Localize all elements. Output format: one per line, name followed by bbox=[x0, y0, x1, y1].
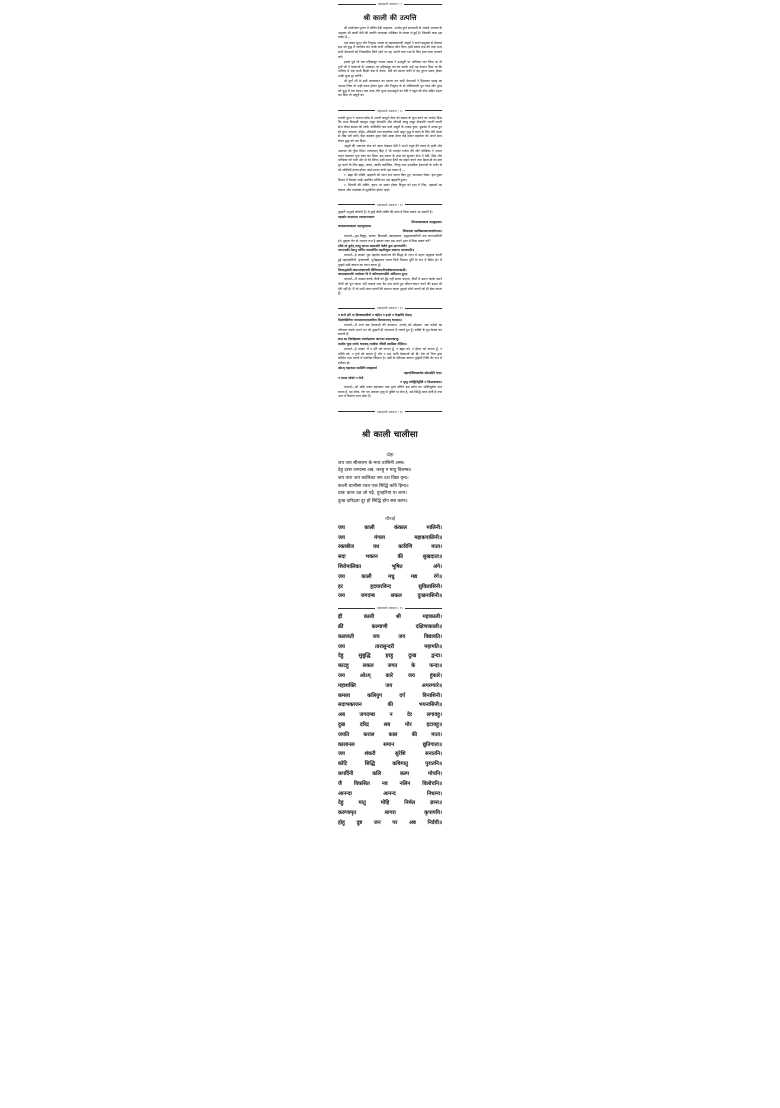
chaupai-word: भयनासिनी॥ bbox=[419, 701, 442, 711]
paragraph: भावार्थ—हे अम्बा! तुम महादेव कालानल की स… bbox=[338, 253, 442, 267]
chaupai-word: अब bbox=[338, 711, 345, 721]
chaupai-word: सुखदाता॥ bbox=[423, 553, 442, 563]
chaupai-line: जयकालीकंकालमालिनी। bbox=[338, 524, 442, 534]
page-header-label: महाकाली उपासना / १३ bbox=[377, 306, 403, 310]
chaupai-word: न bbox=[390, 711, 393, 721]
chaupai-word: जय bbox=[385, 682, 392, 692]
chaupai-word: मोहि bbox=[381, 799, 390, 809]
rule bbox=[404, 4, 442, 5]
chaupai-word: कारे bbox=[386, 672, 393, 682]
page-header-label: महाकाली उपासना / १० bbox=[377, 109, 403, 113]
chaupai-word: आनन्द bbox=[383, 790, 396, 800]
doha-line: प्रातः काल उठ जो पढ़ै, दुपहरिया या शाम। bbox=[338, 490, 442, 498]
chaupai-word: द्युतिगाता॥ bbox=[423, 741, 442, 751]
chaupai-word: दर्प bbox=[399, 692, 405, 702]
rule bbox=[338, 204, 375, 205]
paragraph: भावार्थ—जो कोई भक्त महाकाल तत्व द्वारा व… bbox=[338, 385, 442, 399]
page-header: महाकाली उपासना / १० bbox=[338, 108, 442, 114]
document-page: महाकाली उपासना / ९ श्री काली की उत्पत्ति… bbox=[338, 0, 442, 829]
chaupai-word: तारासुन्दरी bbox=[375, 643, 394, 653]
rule bbox=[338, 4, 376, 5]
chaupai-word: काटहु bbox=[338, 662, 349, 672]
chaupai-word: जन bbox=[374, 819, 381, 829]
page-header: महाकाली उपासना / १३ bbox=[338, 305, 442, 311]
chaupai-word: सदाभक्तजन bbox=[338, 701, 362, 711]
chaupai-word: काल bbox=[389, 731, 398, 741]
page-header: महाकाली उपासना / १४ bbox=[338, 409, 442, 415]
chaupai-word: पुरातनि॥ bbox=[425, 760, 442, 770]
chaupai-line: क्रींकल्याणीदक्षिणाकाली॥ bbox=[338, 623, 442, 633]
chaupai-word: रक्तबीज bbox=[338, 543, 354, 553]
chaupai-word: जय bbox=[373, 633, 380, 643]
paragraph: एक समय शुम्भ और निशुम्भ नामक दो महाबलशाल… bbox=[338, 41, 442, 60]
chaupai-word: कल्याणी bbox=[372, 623, 388, 633]
chaupai-line: सदाभक्तजनकीभयनासिनी॥ bbox=[338, 701, 442, 711]
chaupai-word: समान bbox=[383, 741, 394, 751]
chaupai-word: कृपामयि। bbox=[424, 809, 442, 819]
rule bbox=[338, 411, 375, 412]
chaupai-line: सदाभक्तनकीसुखदाता॥ bbox=[338, 553, 442, 563]
chaupai-word: निर्दयी॥ bbox=[428, 819, 442, 829]
chaupai-word: आनन्दा bbox=[338, 790, 352, 800]
chaupai-word: मंगला bbox=[374, 534, 385, 544]
chaupai-word: हटावहु॥ bbox=[426, 721, 441, 731]
chaupai-heading: चौपाई bbox=[338, 516, 442, 522]
chaupai-block: ह्रींकालीश्रीमहाकाली।क्रींकल्याणीदक्षिणा… bbox=[338, 613, 442, 829]
chaupai-word: देहु bbox=[338, 799, 344, 809]
chaupai-word: जय bbox=[408, 672, 415, 682]
page-header-label: महाकाली उपासना / १२ bbox=[377, 203, 403, 207]
chaupai-word: सुबुद्धि bbox=[359, 652, 371, 662]
page-header: महाकाली उपासना / १५ bbox=[338, 605, 442, 611]
chaupai-word: ज्ञाना॥ bbox=[430, 799, 442, 809]
chaupai-line: कपर्दिनीकलिकल्पमोचनि। bbox=[338, 770, 442, 780]
chaupai-word: जय bbox=[338, 524, 345, 534]
doha-block: जय जय सीताराम के मध्य वासिनी अम्ब। देहु … bbox=[338, 460, 442, 506]
chaupai-line: कमलाकलियुगदर्पविनाशिनी। bbox=[338, 692, 442, 702]
paragraph: १. ब्रह्मा की शक्ति, ब्रह्माणी को ध्यान … bbox=[338, 173, 442, 182]
chaupai-word: अंगे। bbox=[433, 563, 442, 573]
chaupai-word: महाकपालिनी॥ bbox=[414, 534, 442, 544]
chaupai-word: अब bbox=[409, 819, 416, 829]
chaupai-word: निधाना। bbox=[427, 790, 442, 800]
chaupai-word: की bbox=[388, 701, 393, 711]
chaupai-word: सुविलासिनी। bbox=[418, 583, 442, 593]
chaupai-line: कलावतीजयजयविद्यावति। bbox=[338, 633, 442, 643]
chaupai-word: जै bbox=[338, 780, 342, 790]
chaupai-word: सिद्धि bbox=[365, 760, 375, 770]
paragraph: इससे पूर्व भी जब महिषासुर नामक राक्षस ने… bbox=[338, 60, 442, 79]
chaupai-word: नव bbox=[382, 780, 388, 790]
chaupai-word: हृदयारविन्द bbox=[370, 583, 391, 593]
chaupai-word: कंकाल bbox=[394, 524, 407, 534]
chaupai-word: फन्दा॥ bbox=[429, 662, 442, 672]
chaupai-word: द्वन्दा। bbox=[431, 652, 442, 662]
rule bbox=[405, 204, 442, 205]
chaupai-line: जयशंकरीसुरेशिसनातनि। bbox=[338, 750, 442, 760]
chaupai-word: कविमातु bbox=[392, 760, 408, 770]
chaupai-word: वध bbox=[373, 543, 379, 553]
chaupai-word: कराल bbox=[363, 731, 374, 741]
chaupai-line: जयजगदम्बसकलदुःखनासिनी॥ bbox=[338, 592, 442, 602]
chaupai-line: जयकालीमधुमद्यरंगे॥ bbox=[338, 573, 442, 583]
chaupai-word: लगावहु। bbox=[427, 711, 442, 721]
chaupai-word: मधु bbox=[388, 573, 394, 583]
chaupai-line: होहुदुष्टजनपरअबनिर्दयी॥ bbox=[338, 819, 442, 829]
page-header-label: महाकाली उपासना / १४ bbox=[377, 410, 403, 414]
chaupai-word: जय bbox=[338, 643, 345, 653]
chaupai-word: जय bbox=[338, 592, 345, 602]
chaupai-word: की bbox=[398, 553, 403, 563]
chaupai-word: हुंकारे। bbox=[430, 672, 442, 682]
paragraph: भावार्थ—मैं अन्य सब देवताओं की उपासना, अ… bbox=[338, 323, 442, 337]
chaupai-line: कालानलसमानद्युतिगाता॥ bbox=[338, 741, 442, 751]
chaupai-word: नलिन bbox=[400, 780, 411, 790]
chaupai-word: सब bbox=[384, 721, 390, 731]
chaupai-word: महाशक्ति bbox=[338, 682, 356, 692]
chaupai-word: जय bbox=[338, 672, 345, 682]
chaupai-word: जगदम्ब bbox=[361, 592, 375, 602]
rule bbox=[405, 608, 442, 609]
chaupai-word: शंकरी bbox=[364, 750, 375, 760]
chaupai-word: कमला bbox=[338, 692, 350, 702]
doha-line: देहु दरस जगदम्ब अब, करहु न मातु विलम्ब॥ bbox=[338, 467, 442, 475]
chaupai-word: दुःख bbox=[408, 652, 416, 662]
chaupai-word: विकसित bbox=[354, 780, 370, 790]
chaupai-word: मातु bbox=[358, 799, 365, 809]
chaupai-line: कोटिसिद्धिकविमातुपुरातनि॥ bbox=[338, 760, 442, 770]
chaupai-word: हर bbox=[338, 583, 343, 593]
paragraph: भावार्थ—तुम विद्युत्, पावक, दिगम्बरी, स्… bbox=[338, 234, 442, 243]
page-header-label: महाकाली उपासना / ९ bbox=[378, 2, 402, 6]
rule bbox=[405, 411, 442, 412]
chaupai-word: कलावती bbox=[338, 633, 354, 643]
chaupai-word: विलोचनि॥ bbox=[422, 780, 442, 790]
chaupai-line: ह्रींकालीश्रीमहाकाली। bbox=[338, 613, 442, 623]
doha-line: काली चालीसा रचत एक सिद्धि कवि हिन्द॥ bbox=[338, 483, 442, 491]
page-header: महाकाली उपासना / ९ bbox=[338, 1, 442, 7]
chalisa-title: श्री काली चालीसा bbox=[338, 429, 442, 440]
chaupai-word: कोटि bbox=[338, 760, 347, 770]
chaupai-word: जगदम्बा bbox=[360, 711, 376, 721]
chaupai-line: जयमंगलामहाकपालिनी॥ bbox=[338, 534, 442, 544]
paragraph: २. शिवजी की शक्ति, वृषभ पर सवार होकर त्र… bbox=[338, 183, 442, 192]
rule bbox=[338, 608, 375, 609]
paragraph: श्री मार्कण्डेय पुराण में वर्णित देवी मा… bbox=[338, 26, 442, 40]
page-header-label: महाकाली उपासना / १५ bbox=[377, 606, 403, 610]
chaupai-line: जयतारासुन्दरीमहामति॥ bbox=[338, 643, 442, 653]
chaupai-word: के bbox=[411, 662, 415, 672]
chaupai-word: होहु bbox=[338, 819, 345, 829]
paragraph: भावार्थ—हे अम्बा! मैं न हरि को मानता हूँ… bbox=[338, 347, 442, 366]
chaupai-word: सकल bbox=[391, 592, 402, 602]
rule bbox=[338, 110, 375, 111]
chaupai-line: दुखदरिद्रसबमोरहटावहु॥ bbox=[338, 721, 442, 731]
chaupai-word: कपर्दिनी bbox=[338, 770, 353, 780]
doha-heading: दोहा bbox=[338, 452, 442, 458]
chaupai-word: करुणामृत bbox=[338, 809, 356, 819]
chaupai-word: मद्य bbox=[411, 573, 417, 583]
chaupai-word: अपरम्पारे॥ bbox=[422, 682, 442, 692]
rule bbox=[405, 110, 442, 111]
chaupai-line: देहुसुबुद्धिहरहुदुःखद्वन्दा। bbox=[338, 652, 442, 662]
chaupai-word: सनातनि। bbox=[425, 750, 442, 760]
chaupai-word: जयति bbox=[338, 731, 349, 741]
chaupai-word: कारिणि bbox=[398, 543, 412, 553]
chaupai-word: दुख bbox=[338, 721, 345, 731]
chaupai-word: कल्प bbox=[400, 770, 409, 780]
paragraph: श्री दुर्गा जी के इसी आश्वासन का स्मरण क… bbox=[338, 79, 442, 98]
chaupai-word: जगत bbox=[388, 662, 398, 672]
chaupai-line: रक्तबीजवधकारिणिमाता। bbox=[338, 543, 442, 553]
chaupai-word: देर bbox=[407, 711, 412, 721]
paragraph: असुरों की भयानक सेना को आता देखकर देवी न… bbox=[338, 144, 442, 172]
page-header: महाकाली उपासना / १२ bbox=[338, 202, 442, 208]
doha-line: जय जय सीताराम के मध्य वासिनी अम्ब। bbox=[338, 460, 442, 468]
chaupai-word: क्रीं bbox=[338, 623, 343, 633]
chaupai-word: महाकाली। bbox=[423, 613, 442, 623]
chaupai-word: हरहु bbox=[386, 652, 394, 662]
chaupai-word: मालिनी। bbox=[427, 524, 443, 534]
chaupai-word: काली bbox=[364, 524, 374, 534]
chaupai-word: रंगे॥ bbox=[434, 573, 442, 583]
chaupai-word: जय bbox=[338, 573, 345, 583]
chaupai-word: सागरा bbox=[385, 809, 396, 819]
chaupai-word: विनाशिनी। bbox=[422, 692, 442, 702]
chaupai-word: ह्रीं bbox=[338, 613, 342, 623]
chaupai-word: निर्मल bbox=[404, 799, 415, 809]
chaupai-word: काली bbox=[361, 573, 371, 583]
paragraph: प्रतापी शुम्भ ने अत्यन्त क्रोध से अपनी स… bbox=[338, 116, 442, 144]
chaupai-word: कलियुग bbox=[367, 692, 382, 702]
chaupai-line: काटहुसकलजगतकेफन्दा॥ bbox=[338, 662, 442, 672]
paragraph: तुम्हारी अनुसरे लोलाएँ हैं। वे तुम्हें ज… bbox=[338, 210, 442, 215]
chaupai-line: अबजगदम्बानदेरलगावहु। bbox=[338, 711, 442, 721]
chaupai-word: श्री bbox=[396, 613, 401, 623]
chaupai-word: देहु bbox=[338, 652, 344, 662]
chaupai-word: जय bbox=[398, 633, 405, 643]
paragraph: भावार्थ—मैं तपस्या करके तीर्थों को ढूँढ़… bbox=[338, 277, 442, 296]
rule bbox=[338, 308, 375, 309]
chaupai-word: काली bbox=[364, 613, 374, 623]
chaupai-word: भूषित bbox=[392, 563, 403, 573]
chaupai-word: विद्यावति। bbox=[424, 633, 442, 643]
chaupai-line: महाशक्तिजयअपरम्पारे॥ bbox=[338, 682, 442, 692]
chaupai-word: कालानल bbox=[338, 741, 355, 751]
chaupai-word: माता। bbox=[431, 543, 442, 553]
chaupai-line: शिरोमालिकाभूषितअंगे। bbox=[338, 563, 442, 573]
chaupai-word: सदा bbox=[338, 553, 346, 563]
chaupai-word: शिरोमालिका bbox=[338, 563, 361, 573]
chaupai-word: दुःखनासिनी॥ bbox=[418, 592, 442, 602]
chaupai-word: ओऽम् bbox=[360, 672, 371, 682]
chaupai-word: कलि bbox=[372, 770, 381, 780]
chaupai-word: दरिद्र bbox=[360, 721, 369, 731]
doha-line: जय तारा जय कालिका जय दश विद्या वृन्द। bbox=[338, 475, 442, 483]
chaupai-word: जय bbox=[338, 534, 345, 544]
chaupai-word: महामति॥ bbox=[424, 643, 442, 653]
chaupai-line: करुणामृतसागराकृपामयि। bbox=[338, 809, 442, 819]
chaupai-line: जैविकसितनवनलिनविलोचनि॥ bbox=[338, 780, 442, 790]
chaupai-line: जयओऽम्कारेजयहुंकारे। bbox=[338, 672, 442, 682]
chaupai-word: माता। bbox=[431, 731, 442, 741]
chaupai-line: आनन्दाआनन्दनिधाना। bbox=[338, 790, 442, 800]
chaupai-line: हरहृदयारविन्दसुविलासिनी। bbox=[338, 583, 442, 593]
chaupai-word: दक्षिणाकाली॥ bbox=[416, 623, 442, 633]
chaupai-word: सुरेशि bbox=[395, 750, 406, 760]
chaupai-word: दुष्ट bbox=[356, 819, 362, 829]
chaupai-block: जयकालीकंकालमालिनी।जयमंगलामहाकपालिनी॥रक्त… bbox=[338, 524, 442, 602]
chaupai-word: भक्तन bbox=[365, 553, 377, 563]
chaupai-line: देहुमातुमोहिनिर्मलज्ञाना॥ bbox=[338, 799, 442, 809]
chaupai-word: मोर bbox=[405, 721, 412, 731]
chaupai-line: जयतिकरालकालकीमाता। bbox=[338, 731, 442, 741]
chaupai-word: मोचनि। bbox=[428, 770, 442, 780]
section-title: श्री काली की उत्पत्ति bbox=[338, 13, 442, 23]
chaupai-word: पर bbox=[392, 819, 397, 829]
chaupai-word: जय bbox=[338, 750, 345, 760]
rule bbox=[405, 308, 442, 309]
chaupai-word: सकल bbox=[363, 662, 374, 672]
chaupai-word: की bbox=[412, 731, 417, 741]
doha-line: दुःख दारिद्रता दूर हों सिद्धि होय सब काम… bbox=[338, 498, 442, 506]
